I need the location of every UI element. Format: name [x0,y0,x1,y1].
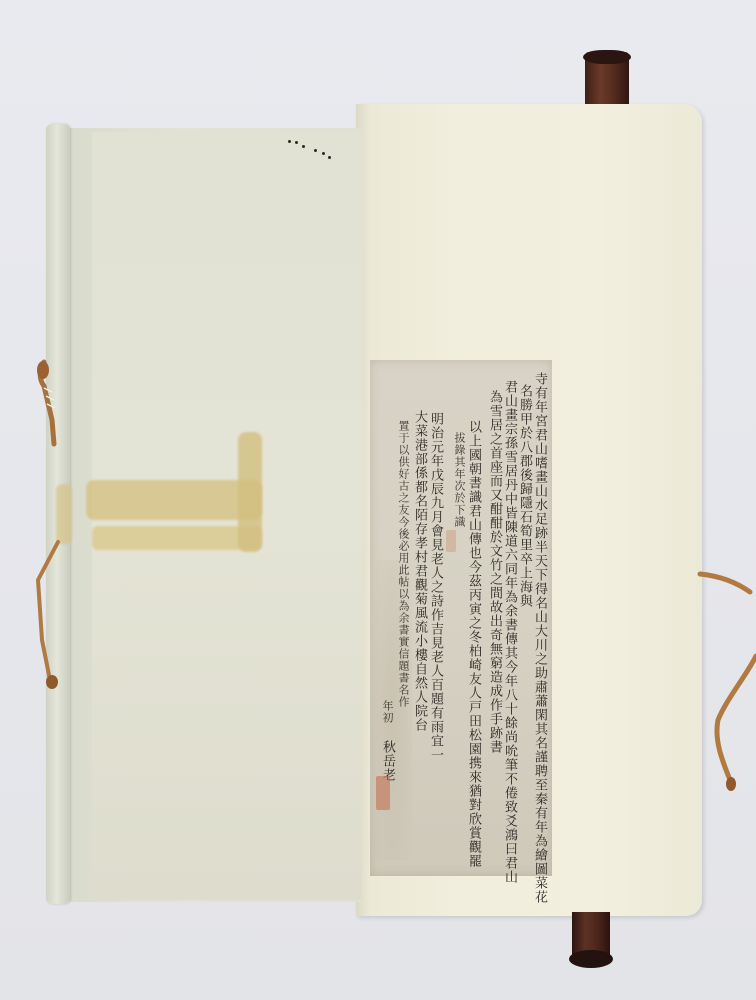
hanging-cords [0,0,756,1000]
